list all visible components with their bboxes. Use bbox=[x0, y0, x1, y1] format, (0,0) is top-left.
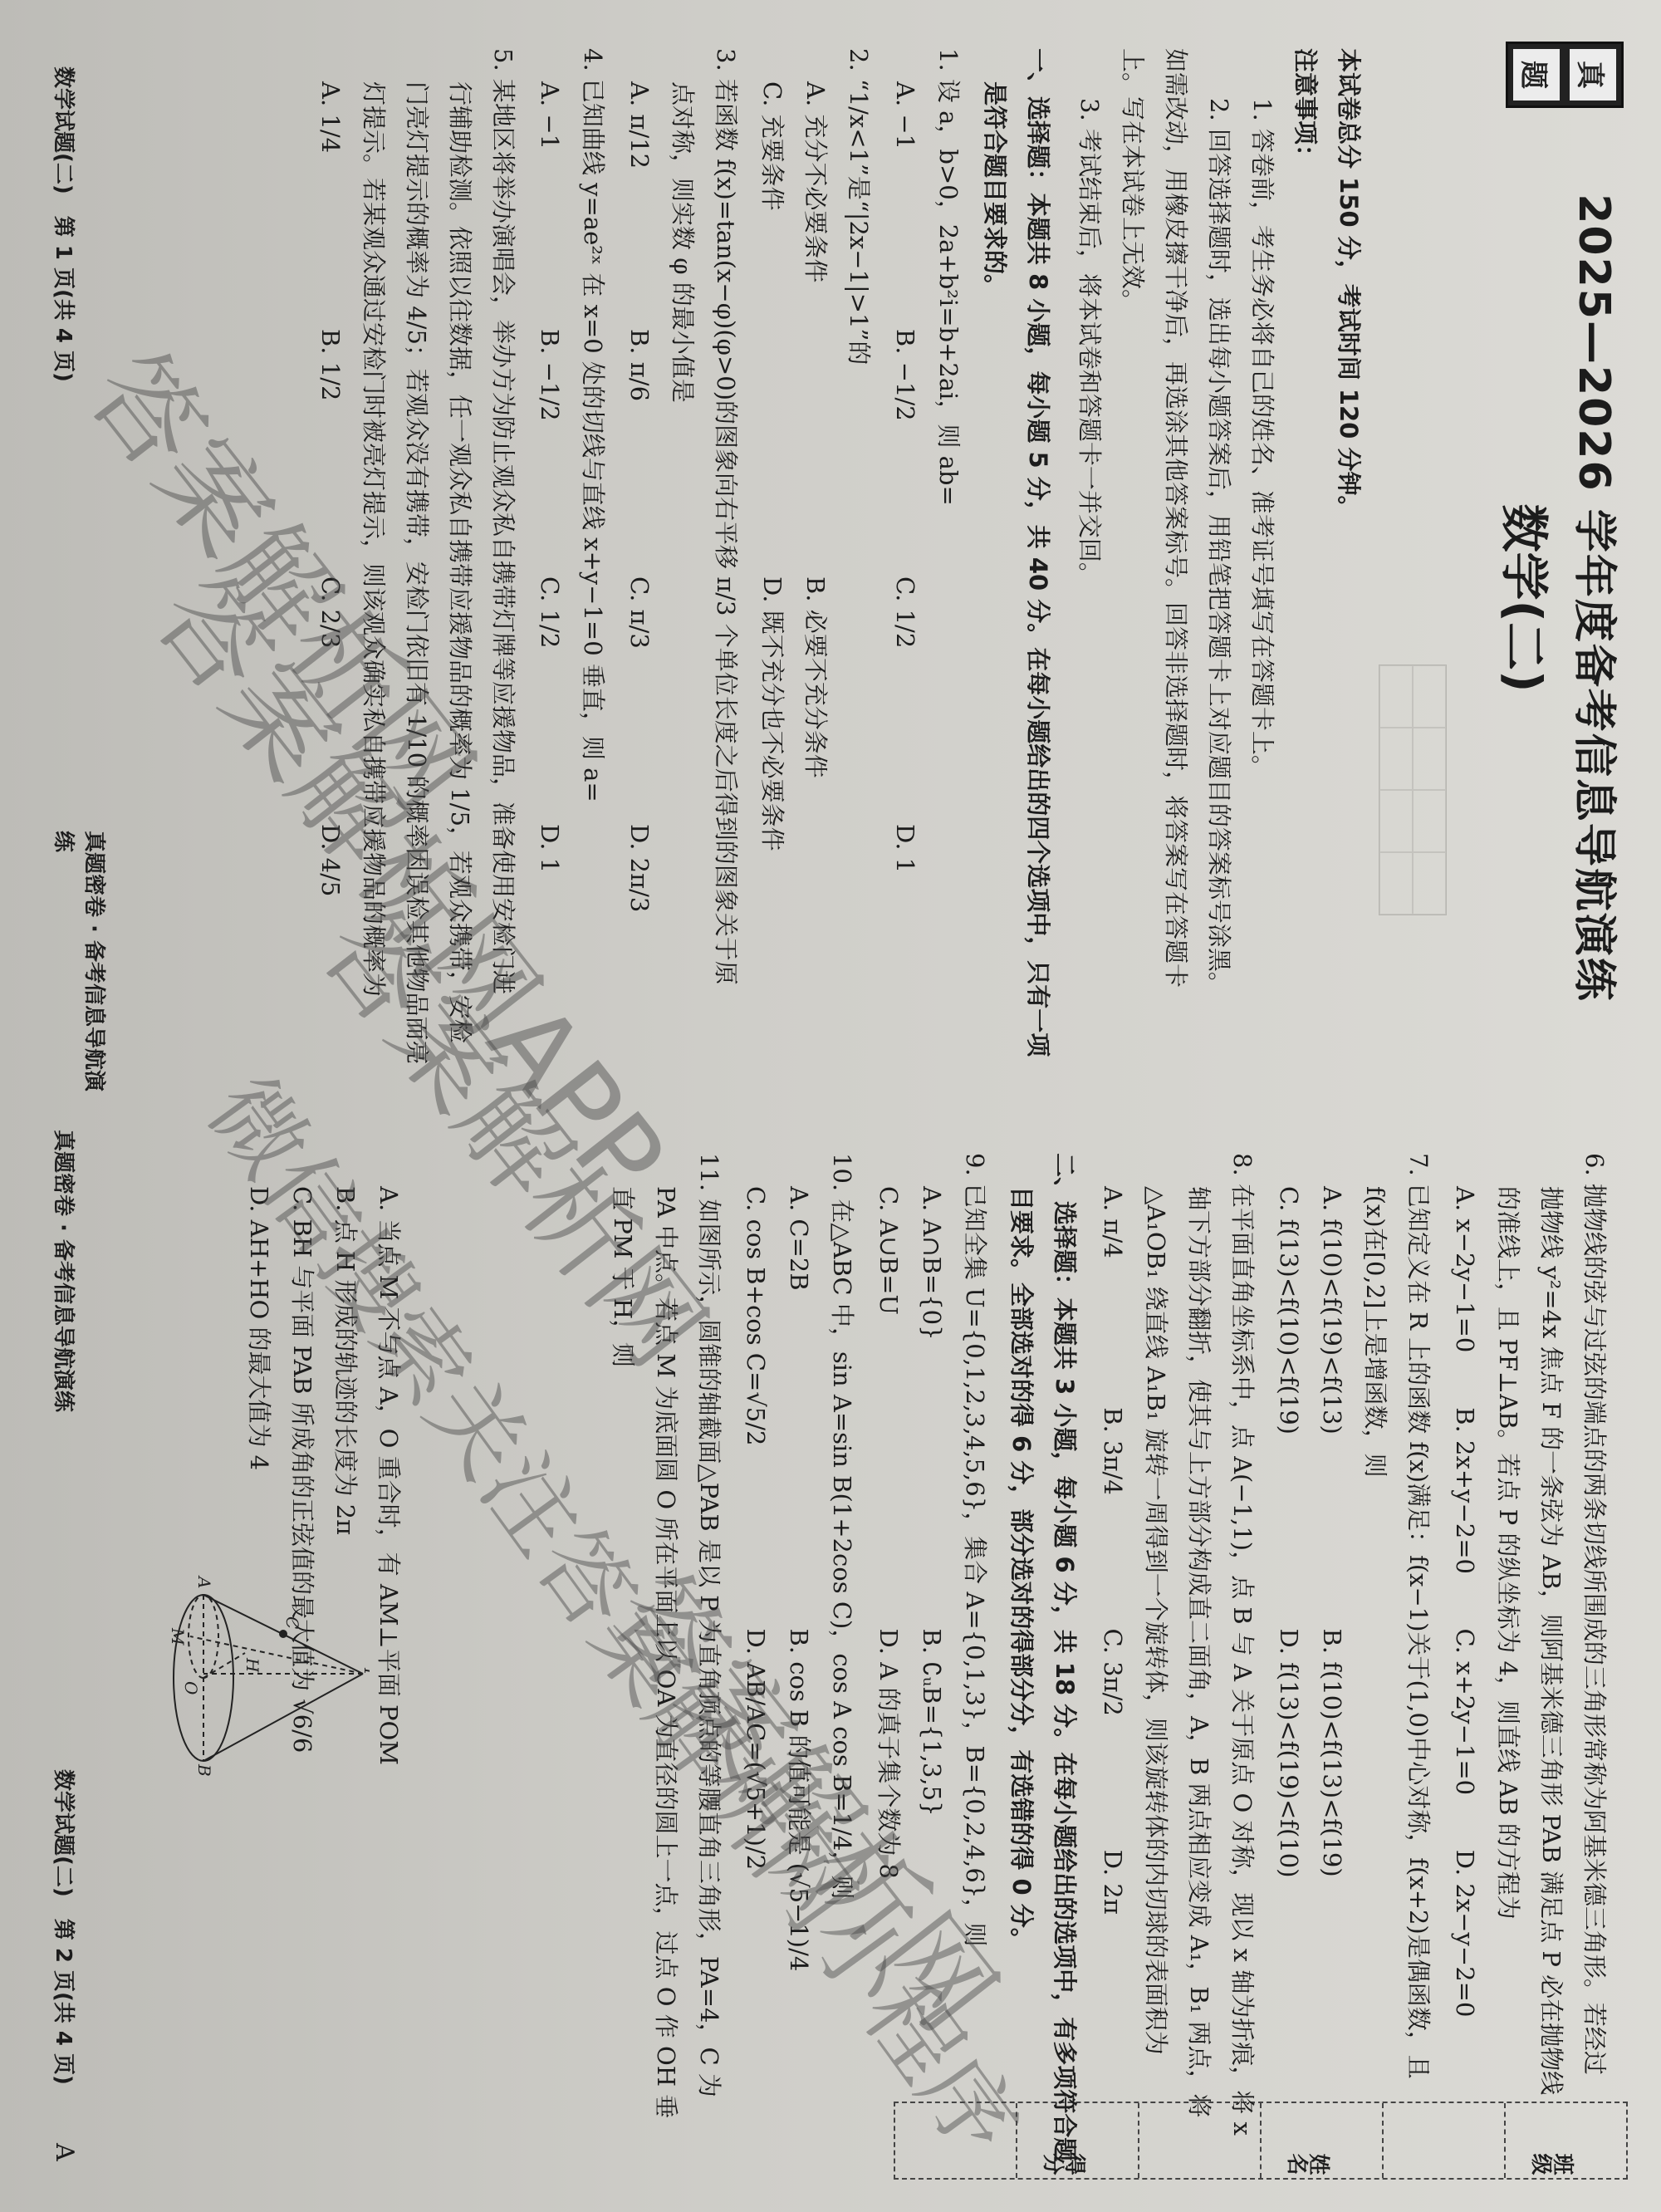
option-d: D. 2x−y−2=0 bbox=[1443, 1850, 1487, 2071]
option-c: C. 1/2 bbox=[528, 576, 571, 824]
option-c: C. f(13)<f(10)<f(19) bbox=[1267, 1186, 1311, 1629]
option-b: B. −1/2 bbox=[884, 329, 927, 576]
option-b: B. 必要不充分条件 bbox=[794, 576, 837, 1072]
class-field[interactable] bbox=[1382, 2103, 1504, 2178]
page-2-footer-brand: 真题密卷 · 备考信息导航演练 bbox=[50, 1130, 81, 1412]
option-b: B. 2x+y−2=0 bbox=[1443, 1407, 1487, 1628]
option-a: A. 充分不必要条件 bbox=[794, 81, 837, 576]
option-a: A. f(10)<f(19)<f(13) bbox=[1311, 1186, 1354, 1629]
label-p: P bbox=[360, 1667, 370, 1680]
option-d: D. A 的真子集个数为 8 bbox=[867, 1629, 910, 2072]
question-stem-cont: 灯提示。若某观众通过安检门时被亮灯提示，则该观众确实私自携带应援物品的概率为 bbox=[352, 48, 395, 1072]
page-2-footer: 数学试题(二) 第 2 页(共 4 页) bbox=[50, 1769, 81, 2085]
question-stem: 6. 抛物线的弦与过弦的端点的两条切线所围成的三角形常称为阿基米德三角形。若经过 bbox=[1573, 1153, 1616, 2071]
label-o: O bbox=[181, 1681, 201, 1695]
question-10: 10. 在△ABC 中，sin A=sin B(1+2cos C)，cos A … bbox=[734, 1153, 864, 2071]
question-stem-cont: PA 中点。若点 M 为底面圆 O 所在平面上以 OA 为直径的圆上一点，过点 … bbox=[644, 1153, 688, 2071]
section-2-title-cont: 目要求。全部选对的得 6 分，部分选对的得部分分，有选错的得 0 分。 bbox=[1000, 1153, 1043, 2071]
exam-subtitle: 数学(二) bbox=[1493, 141, 1563, 1055]
logo-char: 真 bbox=[1570, 49, 1616, 101]
brand-logo: 真 题 bbox=[1506, 42, 1624, 108]
cone-figure: P A B C O M H bbox=[154, 1570, 370, 1778]
version-mark: A bbox=[50, 2143, 79, 2161]
class-field-label: 班级 bbox=[1504, 2103, 1626, 2178]
score-field[interactable] bbox=[895, 2103, 1016, 2178]
page-1: 真 题 2025—2026 学年度备考信息导航演练 数学(二) 本试卷总分 15… bbox=[0, 0, 1661, 1105]
option-d: D. 既不充分也不必要条件 bbox=[751, 576, 794, 1072]
option-c: C. 2/3 bbox=[309, 576, 352, 824]
question-2: 2. “1/x<1”是“|2x−1|>1”的 A. 充分不必要条件 B. 必要不… bbox=[751, 48, 880, 1072]
question-1: 1. 设 a，b>0，2a+b²i=b+2ai，则 ab= A. −1 B. −… bbox=[884, 48, 970, 1072]
label-c: C bbox=[282, 1616, 302, 1629]
page-2-content: 6. 抛物线的弦与过弦的端点的两条切线所围成的三角形常称为阿基米德三角形。若经过… bbox=[238, 1153, 1619, 2071]
logo-char: 题 bbox=[1513, 49, 1560, 101]
option-b: B. 3π/4 bbox=[1091, 1407, 1134, 1628]
question-stem-cont: f(x)在[0,2]上是增函数，则 bbox=[1354, 1153, 1397, 2071]
question-9: 9. 已知全集 U={0,1,2,3,4,5,6}，集合 A={0,1,3}，B… bbox=[867, 1153, 997, 2071]
option-a: A. −1 bbox=[884, 81, 927, 329]
exam-info: 本试卷总分 150 分，考试时间 120 分钟。 bbox=[1327, 48, 1370, 1072]
option-a: A. 当点 M 不与点 A，O 重合时，有 AM⊥平面 POM bbox=[367, 1153, 410, 2071]
notice-item: 如需改动，用橡皮擦干净后，再选涂其他答案标号。回答非选择题时，将答案写在答题卡 bbox=[1154, 48, 1198, 1072]
page-2: 班级 姓名 得分 6. 抛物线的弦与过弦的端点的两条切线所围成的三角形常称为阿基… bbox=[0, 1105, 1661, 2212]
question-stem: 5. 某地区将举办演唱会，举办方为防止观众私自携带灯牌等应援物品，准备使用安检门… bbox=[482, 48, 525, 1072]
page-1-footer: 数学试题(二) 第 1 页(共 4 页) bbox=[50, 66, 81, 382]
notice-item: 上。写在本试卷上无效。 bbox=[1111, 48, 1154, 1072]
option-a: A. π/4 bbox=[1091, 1186, 1134, 1407]
name-field-label: 姓名 bbox=[1260, 2103, 1382, 2178]
option-a: A. 1/4 bbox=[309, 81, 352, 329]
question-4: 4. 已知曲线 y=ae²ˣ 在 x=0 处的切线与直线 x+y−1=0 垂直，… bbox=[528, 48, 615, 1072]
option-a: A. C=2B bbox=[777, 1186, 821, 1629]
question-3: 3. 若函数 f(x)=tan(x−φ)(φ>0)的图象向右平移 π/3 个单位… bbox=[618, 48, 747, 1072]
option-a: A. A∩B={0} bbox=[910, 1186, 953, 1629]
question-5: 5. 某地区将举办演唱会，举办方为防止观众私自携带灯牌等应援物品，准备使用安检门… bbox=[309, 48, 525, 1072]
option-d: D. 2π/3 bbox=[618, 824, 661, 1072]
option-d: D. f(13)<f(19)<f(10) bbox=[1267, 1629, 1311, 2072]
question-stem-cont: 直 PM 于 H，则 bbox=[601, 1153, 644, 2071]
option-b: B. f(10)<f(13)<f(19) bbox=[1311, 1629, 1354, 2072]
question-7: 7. 已知定义在 R 上的函数 f(x)满足：f(x−1)关于(1,0)中心对称… bbox=[1267, 1153, 1440, 2071]
option-b: B. ∁ᵤB={1,3,5} bbox=[910, 1629, 953, 2072]
exam-sheet: 真 题 2025—2026 学年度备考信息导航演练 数学(二) 本试卷总分 15… bbox=[0, 0, 1661, 2212]
question-stem: 3. 若函数 f(x)=tan(x−φ)(φ>0)的图象向右平移 π/3 个单位… bbox=[704, 48, 747, 1072]
question-stem-cont: 的准线上，且 PF⊥AB。若点 P 的纵坐标为 4，则直线 AB 的方程为 bbox=[1487, 1153, 1530, 2071]
section-1-title: 一、选择题：本题共 8 小题，每小题 5 分，共 40 分。在每小题给出的四个选… bbox=[1017, 48, 1060, 1072]
question-8: 8. 在平面直角坐标系中，点 A(−1,1)，点 B 与 A 关于原点 O 对称… bbox=[1091, 1153, 1264, 2071]
label-m: M bbox=[168, 1627, 188, 1646]
option-d: D. 1 bbox=[528, 824, 571, 1072]
section-2-title: 二、选择题：本题共 3 小题，每小题 6 分，共 18 分。在每小题给出的选项中… bbox=[1043, 1153, 1086, 2071]
label-h: H bbox=[243, 1657, 262, 1673]
exam-title: 2025—2026 学年度备考信息导航演练 bbox=[1567, 141, 1629, 1055]
label-a: A bbox=[194, 1575, 214, 1588]
question-6: 6. 抛物线的弦与过弦的端点的两条切线所围成的三角形常称为阿基米德三角形。若经过… bbox=[1443, 1153, 1616, 2071]
question-stem: 7. 已知定义在 R 上的函数 f(x)满足：f(x−1)关于(1,0)中心对称… bbox=[1397, 1153, 1440, 2071]
section-1-title-cont: 是符合题目要求的。 bbox=[973, 48, 1017, 1072]
question-stem: 4. 已知曲线 y=ae²ˣ 在 x=0 处的切线与直线 x+y−1=0 垂直，… bbox=[571, 48, 615, 1072]
option-b: B. 1/2 bbox=[309, 329, 352, 576]
option-c: C. A∪B=U bbox=[867, 1186, 910, 1629]
notice-item: 2. 回答选择题时，选出每小题答案后，用铅笔把答题卡上对应题目的答案标号涂黑。 bbox=[1198, 48, 1241, 1072]
option-b: B. cos B 的值可能是 (√5−1)/4 bbox=[777, 1629, 821, 2072]
option-d: D. 2π bbox=[1091, 1850, 1134, 2071]
option-d: D. AB/AC=(√5+1)/2 bbox=[734, 1629, 777, 2072]
page-1-footer-brand: 真题密卷 · 备考信息导航演练 bbox=[50, 831, 111, 1105]
question-stem-cont: 行辅助检测。依照以往数据，任一观众私自携带应援物品的概率为 1/5，若观众携带，… bbox=[439, 48, 482, 1072]
option-a: A. x−2y−1=0 bbox=[1443, 1186, 1487, 1407]
option-a: A. π/12 bbox=[618, 81, 661, 329]
option-b: B. π/6 bbox=[618, 329, 661, 576]
question-stem: 8. 在平面直角坐标系中，点 A(−1,1)，点 B 与 A 关于原点 O 对称… bbox=[1221, 1153, 1264, 2071]
notice-item: 1. 答卷前，考生务必将自己的姓名、准考证号填写在答题卡上。 bbox=[1241, 48, 1284, 1072]
question-stem: 10. 在△ABC 中，sin A=sin B(1+2cos C)，cos A … bbox=[821, 1153, 864, 2071]
label-b: B bbox=[194, 1763, 214, 1777]
option-c: C. π/3 bbox=[618, 576, 661, 824]
option-c: C. 充要条件 bbox=[751, 81, 794, 576]
score-grid bbox=[1379, 665, 1447, 915]
question-stem-cont: 点对称，则实数 φ 的最小值是 bbox=[661, 48, 704, 1072]
question-stem-cont: 抛物线 y²=4x 焦点 F 的一条弦为 AB，则阿基米德三角形 PAB 满足点… bbox=[1530, 1153, 1573, 2071]
option-c: C. x+2y−1=0 bbox=[1443, 1629, 1487, 1850]
question-stem: 9. 已知全集 U={0,1,2,3,4,5,6}，集合 A={0,1,3}，B… bbox=[953, 1153, 997, 2071]
option-d: D. 1 bbox=[884, 824, 927, 1072]
notice-heading: 注意事项： bbox=[1284, 48, 1327, 1072]
question-stem-cont: 轴下方部分翻折，使其与上方部分构成直二面角，A，B 两点相应变成 A₁，B₁ 两… bbox=[1178, 1153, 1221, 2071]
option-c: C. cos B+cos C=√5/2 bbox=[734, 1186, 777, 1629]
notice-item: 3. 考试结束后，将本试卷和答题卡一并交回。 bbox=[1068, 48, 1111, 1072]
question-stem-cont: 门亮灯提示的概率为 4/5；若观众没有携带，安检门依旧有 1/10 的概率因误检… bbox=[395, 48, 439, 1072]
option-c: C. 1/2 bbox=[884, 576, 927, 824]
option-d: D. 4/5 bbox=[309, 824, 352, 1072]
question-stem-cont: △A₁OB₁ 绕直线 A₁B₁ 旋转一周得到一个旋转体，则该旋转体的内切球的表面… bbox=[1134, 1153, 1178, 2071]
instructions: 本试卷总分 150 分，考试时间 120 分钟。 注意事项： 1. 答卷前，考生… bbox=[309, 48, 1370, 1072]
option-a: A. −1 bbox=[528, 81, 571, 329]
option-c: C. 3π/2 bbox=[1091, 1629, 1134, 1850]
student-info-box: 班级 姓名 得分 bbox=[894, 2102, 1628, 2180]
question-stem: 11. 如图所示，圆锥的轴截面△PAB 是以 P 为直角顶点的等腰直角三角形，P… bbox=[688, 1153, 731, 2071]
question-stem: 1. 设 a，b>0，2a+b²i=b+2ai，则 ab= bbox=[927, 48, 970, 1072]
option-b: B. −1/2 bbox=[528, 329, 571, 576]
question-stem: 2. “1/x<1”是“|2x−1|>1”的 bbox=[837, 48, 880, 1072]
